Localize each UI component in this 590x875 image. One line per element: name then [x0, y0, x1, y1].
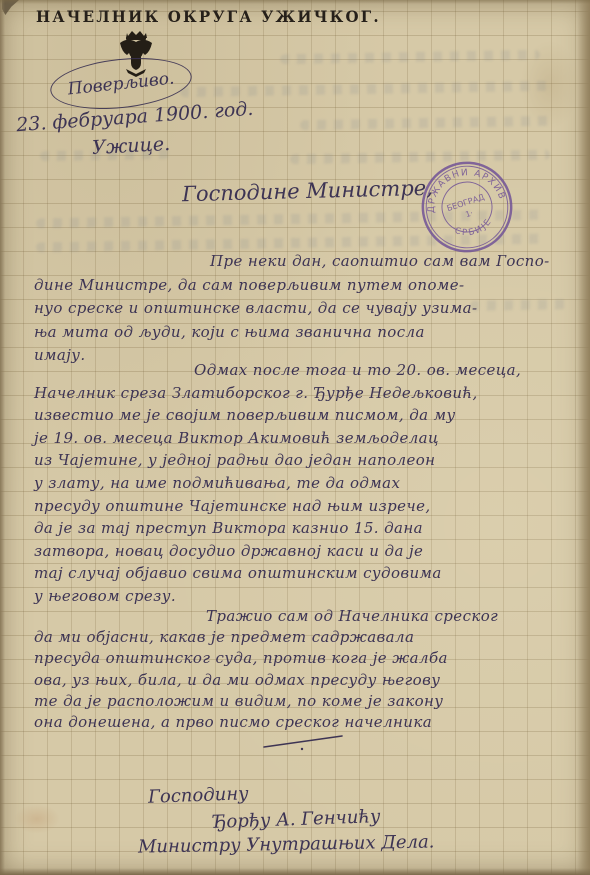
- stamp-center-number: 1·: [464, 208, 474, 219]
- body-paragraph-1: Пре неки дан, саопштио сам вам Госпо- ди…: [34, 250, 590, 368]
- handwritten-line: у злату, на име подмићивања, те да одмах: [34, 472, 590, 495]
- handwritten-line: Одмах после тога и то 20. ов. месеца,: [34, 359, 590, 382]
- handwritten-line: Пре неки дан, саопштио сам вам Госпо-: [34, 250, 590, 274]
- handwritten-line: ња мита од људи, који с њима званична по…: [34, 321, 590, 345]
- handwritten-line: нуо среске и општинске власти, да се чув…: [34, 297, 590, 321]
- page-edge-left: [0, 0, 5, 875]
- handwritten-line: известио ме је својим поверљивим писмом,…: [34, 404, 590, 427]
- ink-bleedthrough: [280, 50, 540, 65]
- handwritten-line: из Чајетине, у једној радњи дао један на…: [34, 449, 590, 472]
- handwritten-line: у његовом срезу.: [34, 585, 590, 608]
- handwritten-line: тај случај објавио свима општинским судо…: [34, 562, 590, 585]
- handwritten-line: Тражио сам од Начелника среског: [34, 606, 590, 627]
- scanned-letter-page: НАЧЕЛНИК ОКРУГА УЖИЧКОГ. Поверљиво. 23. …: [0, 0, 590, 875]
- handwritten-line: пресуда општинског суда, против кога је …: [34, 648, 590, 669]
- handwritten-line: она донешена, а прво писмо среског начел…: [34, 712, 590, 733]
- svg-text:СРБИЈЕ: СРБИЈЕ: [451, 214, 497, 243]
- handwritten-line: да је за тај преступ Виктора казнио 15. …: [34, 517, 590, 540]
- closing-name: Ђорђу А. Генчићу: [212, 806, 381, 833]
- handwritten-line: пресуду општине Чајетинске над њим изреч…: [34, 495, 590, 518]
- handwritten-line: дине Министре, да сам поверљивим путем о…: [34, 274, 590, 298]
- page-edge-top: [0, 0, 590, 4]
- handwritten-line: ова, уз њих, била, и да ми одмах пресуду…: [34, 670, 590, 691]
- handwritten-line: је 19. ов. месеца Виктор Акимовић земљод…: [34, 427, 590, 450]
- confidential-label: Поверљиво.: [67, 68, 176, 99]
- body-paragraph-3: Тражио сам од Начелника среског да ми об…: [34, 606, 590, 733]
- handwritten-line: те да је расположим и видим, по коме је …: [34, 691, 590, 712]
- closing-title: Министру Унутрашњих Дела.: [138, 831, 435, 857]
- ink-bleedthrough: [290, 150, 550, 165]
- paper-tear-corner: [2, 0, 19, 15]
- paper-stain: [14, 804, 60, 834]
- handwritten-line: да ми објасни, какав је предмет садржава…: [34, 627, 590, 648]
- ink-bleedthrough: [180, 81, 550, 97]
- ink-bleedthrough: [300, 116, 550, 130]
- handwritten-line: Начелник среза Златиборског г. Ђурђе Нед…: [34, 382, 590, 405]
- handwritten-line: затвора, новац досудио државној каси и д…: [34, 540, 590, 563]
- stamp-ring-bottom-text: СРБИЈЕ: [451, 214, 497, 243]
- page-edge-bottom: [0, 868, 590, 875]
- salutation: Господине Министре,: [182, 176, 433, 207]
- closing-addressee: Господину: [148, 783, 249, 807]
- letterhead-text: НАЧЕЛНИК ОКРУГА УЖИЧКОГ.: [36, 8, 381, 27]
- closing-flourish-icon: [262, 733, 346, 751]
- body-paragraph-2: Одмах после тога и то 20. ов. месеца, На…: [34, 359, 590, 608]
- place-line: Ужице.: [91, 133, 170, 159]
